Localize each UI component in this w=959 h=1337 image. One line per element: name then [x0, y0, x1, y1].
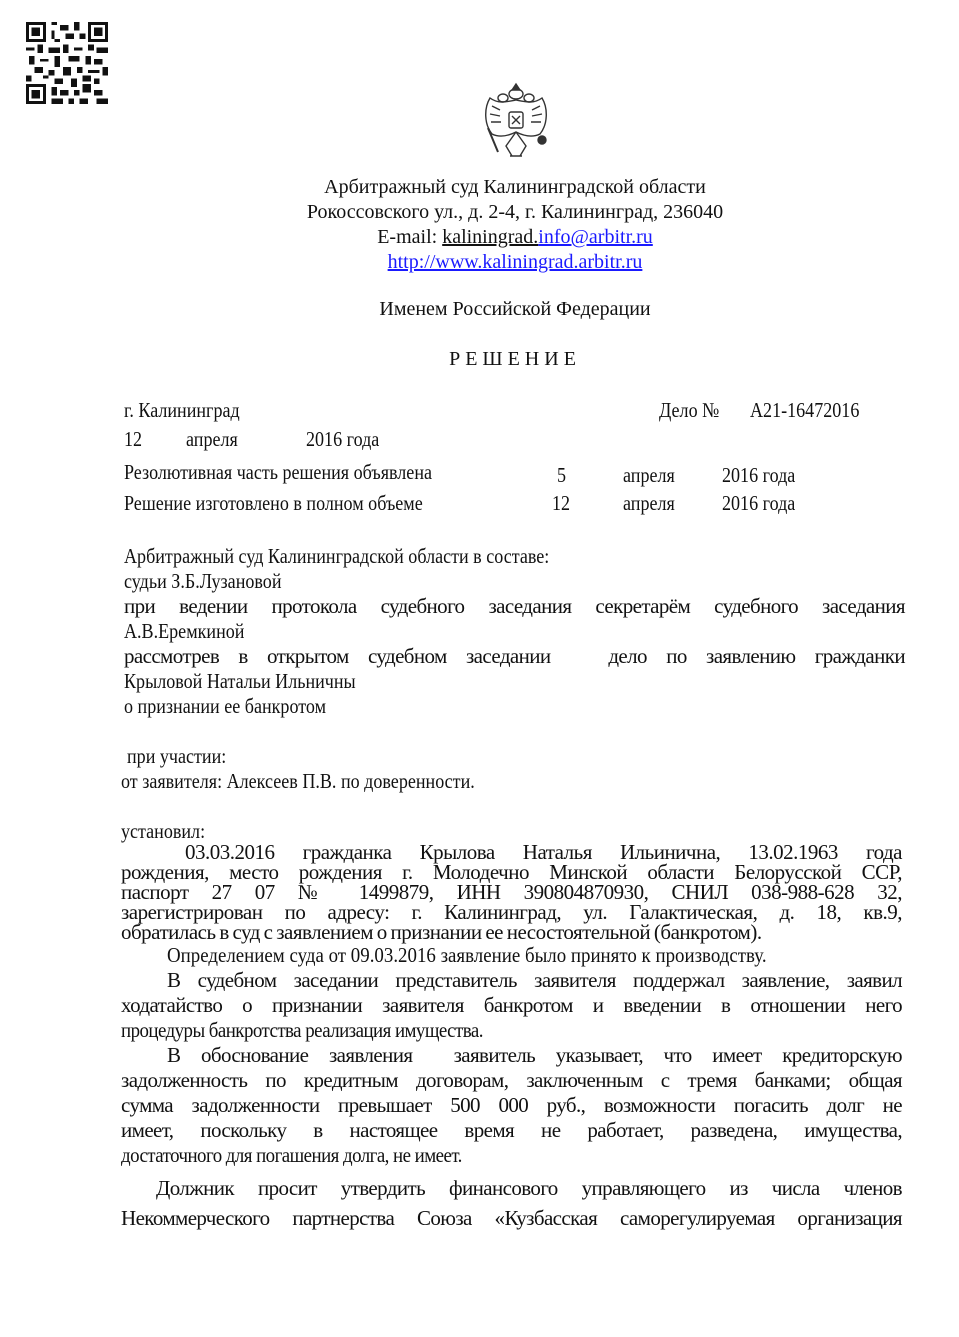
website-link[interactable]: http://www.kaliningrad.arbitr.ru	[388, 251, 643, 273]
in-the-name-heading: Именем Российской Федерации	[0, 298, 959, 321]
paragraph-4: В обоснование заявления заявитель указыв…	[121, 1043, 902, 1168]
court-header: Арбитражный суд Калининградской области …	[0, 175, 959, 275]
case-number: А21-16472016	[750, 398, 859, 423]
judge-line: судьи З.Б.Лузановой	[124, 569, 282, 594]
paragraph-2: Определением суда от 09.03.2016 заявлени…	[167, 943, 767, 968]
operative-year: 2016 года	[722, 463, 795, 488]
applicant-representative: от заявителя: Алексеев П.В. по доверенно…	[121, 769, 475, 794]
decision-title: РЕШЕНИЕ	[0, 348, 959, 371]
city: г. Калининград	[124, 398, 240, 423]
secretary-name: А.В.Еремкиной	[124, 619, 244, 644]
case-label: Дело №	[659, 398, 719, 423]
email-label: E-mail:	[377, 226, 442, 248]
operative-day: 5	[557, 463, 566, 488]
paragraph-5: Должник просит утвердить финансового упр…	[121, 1173, 902, 1233]
date-day: 12	[124, 427, 142, 452]
qr-code-icon	[26, 22, 108, 104]
secretary-line: при ведении протокола судебного заседани…	[124, 594, 905, 619]
full-day: 12	[552, 491, 570, 516]
court-name: Арбитражный суд Калининградской области	[0, 175, 959, 200]
russian-coat-of-arms-icon	[476, 78, 556, 170]
full-month: апреля	[623, 491, 675, 516]
composition-line-1: Арбитражный суд Калининградской области …	[124, 544, 549, 569]
full-year: 2016 года	[722, 491, 795, 516]
operative-month: апреля	[623, 463, 675, 488]
case-subject-line: рассмотрев в открытом судебном заседании…	[124, 644, 905, 669]
court-address: Рокоссовского ул., д. 2-4, г. Калинингра…	[0, 200, 959, 225]
debtor-name: Крыловой Натальи Ильничны	[124, 669, 356, 694]
operative-label: Резолютивная часть решения объявлена	[124, 460, 432, 485]
date-year: 2016 года	[306, 427, 379, 452]
court-email: E-mail: kaliningrad.info@arbitr.ru	[0, 225, 959, 250]
paragraph-3: В судебном заседании представитель заяви…	[121, 968, 902, 1043]
paragraph-1: 03.03.2016 гражданка Крылова Наталья Иль…	[121, 842, 902, 942]
date-month: апреля	[186, 427, 238, 452]
email-prefix: kaliningrad.	[442, 226, 538, 248]
case-subject: о признании ее банкротом	[124, 694, 326, 719]
participation-label: при участии:	[127, 744, 226, 769]
full-label: Решение изготовлено в полном объеме	[124, 491, 423, 516]
email-link[interactable]: info@arbitr.ru	[538, 226, 653, 248]
